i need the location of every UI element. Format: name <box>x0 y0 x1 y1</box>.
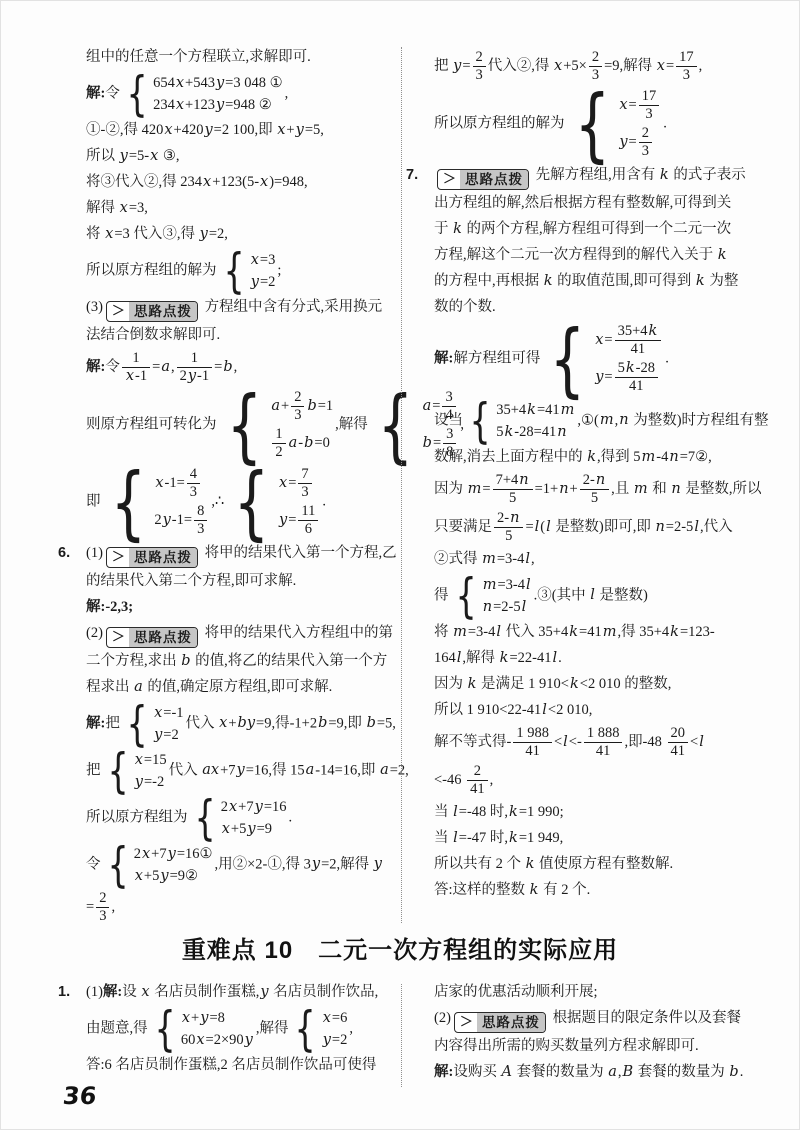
math-variable: y <box>215 75 225 91</box>
math-variable: m <box>452 624 468 640</box>
text-line: 将 x=3 代入③,得 y=2, <box>86 222 406 247</box>
text-line: 方程,解这个二元一次方程得到的解代入关于 k <box>434 243 754 268</box>
math-variable: m <box>641 449 657 465</box>
text-line: =23, <box>86 889 406 926</box>
math-variable: k <box>659 167 670 183</box>
math-variable: x <box>154 475 164 491</box>
equation-system: {2x+7y=16x+5y=9 <box>190 796 287 840</box>
math-variable: a <box>288 435 299 451</box>
hint-badge-label: 思路点拨 <box>460 170 528 189</box>
math-variable: k <box>568 624 579 640</box>
fraction: 23 <box>639 125 652 160</box>
fraction: 35+4k41 <box>615 323 662 358</box>
math-variable: x <box>134 752 144 768</box>
text-line: (2)＞思路点拨 根据题目的限定条件以及套餐 <box>434 1006 754 1033</box>
equation-system: {m=3-4ln=2-5l <box>451 574 532 618</box>
math-variable: a <box>270 398 281 414</box>
arrow-icon: ＞ <box>455 1013 477 1032</box>
math-variable: y <box>259 984 269 1000</box>
equation-row: x+5y=9② <box>134 865 213 887</box>
math-variable: l <box>545 519 552 535</box>
equation-row: a+23b=1 <box>270 388 333 425</box>
math-variable: a <box>133 679 144 695</box>
text-line: 当 l=-48 时,k=1 990; <box>434 800 754 825</box>
column-bottom-left: 1.(1)解:设 x 名店员制作蛋糕,y 名店员制作饮品,由题意,得{x+y=8… <box>86 980 406 1079</box>
math-variable: l <box>495 624 502 640</box>
text-line: 所以原方程组的解为{x=3y=2; <box>86 248 406 294</box>
equation-row: 12a-b=0 <box>270 425 333 462</box>
math-variable: y <box>167 846 177 862</box>
math-variable: a <box>160 359 171 375</box>
math-variable: x <box>153 705 163 721</box>
math-variable: l <box>698 734 705 750</box>
equation-row: x=-1 <box>153 702 183 724</box>
math-variable: k <box>529 882 540 898</box>
math-variable: l <box>541 702 548 718</box>
math-variable: x <box>250 252 260 268</box>
equation-row: 35+4k=41m <box>496 399 575 421</box>
math-variable: m <box>599 412 615 428</box>
text-line: 法结合倒数求解即可. <box>86 323 406 348</box>
math-variable: x <box>125 368 135 384</box>
math-variable: n <box>556 424 567 440</box>
equation-row: x=15 <box>134 749 167 771</box>
fraction: 5k-2841 <box>615 360 658 395</box>
text-line: 当 l=-47 时,k=1 949, <box>434 826 754 851</box>
text-line: ②式得 m=3-4l, <box>434 547 754 572</box>
bold-text: 解: <box>86 715 105 731</box>
math-variable: y <box>594 369 604 385</box>
math-variable: k <box>452 221 463 237</box>
equation-row: x=3 <box>250 249 276 271</box>
math-variable: x <box>140 984 150 1000</box>
math-variable: b <box>728 1064 739 1080</box>
bold-text: 解: <box>434 1064 453 1080</box>
math-variable: x <box>149 148 159 164</box>
math-variable: y <box>134 774 144 790</box>
math-variable: n <box>518 472 529 488</box>
math-variable: b <box>303 435 314 451</box>
equation-row: 60x=2×90y <box>181 1029 254 1051</box>
equation-system: {x=15y=-2 <box>103 749 167 793</box>
fraction: 12 <box>272 426 285 461</box>
math-variable: x <box>119 200 129 216</box>
fraction: 12y-1 <box>177 350 213 385</box>
column-top-left: 组中的任意一个方程联立,求解即可.解:令{654x+543y=3 048 ①23… <box>86 45 406 927</box>
math-variable: b <box>317 715 328 731</box>
text-line: 解得 x=3, <box>86 196 406 221</box>
math-variable: k <box>467 676 478 692</box>
equation-row: y=116 <box>278 502 320 539</box>
text-line: 所以原方程组为{2x+7y=16x+5y=9. <box>86 795 406 841</box>
text-line: 解:设购买 A 套餐的数量为 a,B 套餐的数量为 b. <box>434 1060 754 1085</box>
equation-row: x=73 <box>278 465 320 502</box>
math-variable: B <box>621 1064 634 1080</box>
math-variable: x <box>322 1010 332 1026</box>
equation-system: {35+4k=41m5k-28=41n <box>465 399 575 443</box>
hint-badge: ＞思路点拨 <box>106 547 198 568</box>
math-variable: n <box>618 412 629 428</box>
equation-system: {654x+543y=3 048 ①234x+123y=948 ② <box>122 72 283 116</box>
equation-row: 2x+7y=16① <box>134 843 213 865</box>
text-line: (2)＞思路点拨 将甲的结果代入方程组中的第 <box>86 621 406 648</box>
math-variable: k <box>508 804 519 820</box>
math-variable: a <box>305 762 316 778</box>
math-variable: m <box>467 481 483 497</box>
arrow-icon: ＞ <box>107 628 129 647</box>
equation-row: 654x+543y=3 048 ① <box>153 72 283 94</box>
math-variable: y <box>246 821 256 837</box>
text-line: 于 k 的两个方程,解方程组可得到一个二元一次 <box>434 217 754 242</box>
math-variable: y <box>236 762 246 778</box>
math-variable: y <box>250 274 260 290</box>
math-variable: y <box>452 58 462 74</box>
math-variable: l <box>562 734 569 750</box>
math-variable: n <box>668 449 679 465</box>
fraction: 23 <box>291 389 304 424</box>
text-line: 二个方程,求出 b 的值,将乙的结果代入第一个方 <box>86 649 406 674</box>
bold-text: 解: <box>86 359 105 375</box>
equation-row: 234x+123y=948 ② <box>153 94 283 116</box>
item-number: 1. <box>58 980 70 1005</box>
math-variable: x <box>228 799 238 815</box>
fraction: 43 <box>187 466 200 501</box>
math-variable: k <box>717 247 728 263</box>
text-line: 解不等式得-1 98841<l<-1 88841,即-48 2041<l <box>434 724 754 761</box>
math-variable: k <box>695 273 706 289</box>
fraction: 2-n5 <box>580 472 609 507</box>
math-variable: b <box>180 653 191 669</box>
bold-text: 解: <box>103 984 122 1000</box>
math-variable: k <box>525 856 536 872</box>
hint-badge-label: 思路点拨 <box>129 548 197 567</box>
equation-row: n=2-5l <box>482 596 532 618</box>
text-line: 答:6 名店员制作蛋糕,2 名店员制作饮品可使得 <box>86 1053 406 1078</box>
text-line: 解:令{654x+543y=3 048 ①234x+123y=948 ②, <box>86 71 406 117</box>
text-line: 即{x-1=432y-1=83,∴{x=73y=116. <box>86 464 406 540</box>
math-variable: k <box>569 676 580 692</box>
hint-badge: ＞思路点拨 <box>454 1012 546 1033</box>
math-variable: n <box>595 472 606 488</box>
text-line: 店家的优惠活动顺利开展; <box>434 980 754 1005</box>
equation-row: x=35+4k41 <box>594 322 663 359</box>
fraction: 2041 <box>668 725 689 760</box>
section-heading: 重难点 10 二元一次方程组的实际应用 <box>1 930 799 965</box>
math-variable: n <box>482 599 493 615</box>
arrow-icon: ＞ <box>107 302 129 321</box>
text-line: 的方程中,再根据 k 的取值范围,即可得到 k 为整 <box>434 269 754 294</box>
text-line: 内容得出所需的购买数量列方程求解即可. <box>434 1034 754 1059</box>
math-variable: y <box>153 727 163 743</box>
equation-system: {x=-1y=2 <box>122 702 184 746</box>
math-variable: a <box>422 398 433 414</box>
text-line: 所以 y=5-x ③, <box>86 144 406 169</box>
math-variable: x <box>175 97 185 113</box>
math-variable: x <box>221 821 231 837</box>
hint-badge-label: 思路点拨 <box>129 302 197 321</box>
math-variable: b <box>306 398 317 414</box>
math-variable: k <box>648 323 659 339</box>
equation-row: m=3-4l <box>482 574 532 596</box>
equation-row: y=2 <box>250 271 276 293</box>
text-line: 7.＞思路点拨 先解方程组,用含有 k 的式子表示 <box>434 163 754 190</box>
math-variable: n <box>558 481 569 497</box>
math-variable: l <box>693 519 700 535</box>
math-variable: x <box>618 97 628 113</box>
equation-row: y=23 <box>618 124 661 161</box>
math-variable: k <box>526 402 537 418</box>
fraction: 83 <box>194 503 207 538</box>
math-variable: y <box>244 1032 254 1048</box>
math-variable: y <box>618 134 628 150</box>
arrow-icon: ＞ <box>107 548 129 567</box>
equation-system: {x=173y=23 <box>567 87 662 161</box>
text-line: (3)＞思路点拨 方程组中含有分式,采用换元 <box>86 295 406 322</box>
math-variable: x <box>594 332 604 348</box>
math-variable: k <box>625 360 636 376</box>
text-line: 的结果代入第二个方程,即可求解. <box>86 569 406 594</box>
column-top-right: 把 y=23代入②,得 x+5×23=9,解得 x=173,所以原方程组的解为{… <box>434 48 754 904</box>
math-variable: l <box>525 577 532 593</box>
equation-system: {x-1=432y-1=83 <box>103 465 210 539</box>
math-variable: by <box>237 715 256 731</box>
fraction: 173 <box>676 49 697 84</box>
math-variable: b <box>222 359 233 375</box>
fraction: 73 <box>298 466 311 501</box>
bold-text: 解:-2,3; <box>86 599 133 615</box>
bold-text: 解: <box>86 85 105 101</box>
text-line: 因为 m=7+4n5=1+n+2-n5,且 m 和 n 是整数,所以 <box>434 471 754 508</box>
page-number: 36 <box>62 1082 98 1110</box>
equation-row: 2y-1=83 <box>154 502 209 539</box>
math-variable: x <box>134 868 144 884</box>
equation-row: x+y=8 <box>181 1007 254 1029</box>
math-variable: x <box>163 122 173 138</box>
text-line: 只要满足2-n5=l(l 是整数)即可,即 n=2-5l,代入 <box>434 509 754 546</box>
equation-system: {x=73y=116 <box>226 465 320 539</box>
math-variable: y <box>162 512 172 528</box>
math-variable: y <box>295 122 305 138</box>
text-line: 解:把{x=-1y=2代入 x+by=9,得-1+2b=9,即 b=5, <box>86 701 406 747</box>
math-variable: l <box>521 599 528 615</box>
fraction: 23 <box>96 890 109 925</box>
math-variable: y <box>278 512 288 528</box>
math-variable: a <box>379 762 390 778</box>
hint-badge-label: 思路点拨 <box>477 1013 545 1032</box>
math-variable: y <box>373 856 383 872</box>
fraction: 2-n5 <box>494 510 523 545</box>
text-line: 将③代入②,得 234x+123(5-x)=948, <box>86 170 406 195</box>
equation-row: 2x+7y=16 <box>221 796 287 818</box>
math-variable: A <box>500 1064 512 1080</box>
math-variable: l <box>452 830 459 846</box>
fraction: 1x-1 <box>122 350 150 385</box>
fraction: 1 98841 <box>513 725 552 760</box>
column-divider-bottom <box>401 984 402 1087</box>
text-line: 1.(1)解:设 x 名店员制作蛋糕,y 名店员制作饮品, <box>86 980 406 1005</box>
item-number: 7. <box>406 163 418 188</box>
math-variable: x <box>202 174 212 190</box>
math-variable: n <box>509 510 520 526</box>
hint-badge: ＞思路点拨 <box>437 169 529 190</box>
text-line: 将 m=3-4l 代入 35+4k=41m,得 35+4k=123- <box>434 620 754 645</box>
bold-text: 解: <box>434 350 453 366</box>
fraction: 173 <box>639 88 660 123</box>
equation-row: x+5y=9 <box>221 818 287 840</box>
math-variable: n <box>670 481 681 497</box>
math-variable: y <box>311 856 321 872</box>
text-line: 出方程组的解,然后根据方程有整数解,可得到关 <box>434 191 754 216</box>
equation-system: {x=3y=2 <box>219 249 276 293</box>
text-line: 解:-2,3; <box>86 595 406 620</box>
math-variable: y <box>199 226 209 242</box>
textbook-page: 组中的任意一个方程联立,求解即可.解:令{654x+543y=3 048 ①23… <box>0 0 800 1130</box>
math-variable: m <box>602 624 618 640</box>
text-line: 解:解方程组可得{x=35+4k41y=5k-2841. <box>434 321 754 397</box>
math-variable: x <box>259 174 269 190</box>
math-variable: b <box>422 435 433 451</box>
fraction: 241 <box>467 763 488 798</box>
column-bottom-right: 店家的优惠活动顺利开展;(2)＞思路点拨 根据题目的限定条件以及套餐内容得出所需… <box>434 980 754 1086</box>
text-line: 数解,消去上面方程中的 k,得到 5m-4n=7②, <box>434 445 754 470</box>
equation-system: {x=35+4k41y=5k-2841 <box>542 322 663 396</box>
math-variable: y <box>159 868 169 884</box>
math-variable: x <box>553 58 563 74</box>
math-variable: l <box>456 650 463 666</box>
hint-badge: ＞思路点拨 <box>106 301 198 322</box>
math-variable: y <box>199 1010 209 1026</box>
equation-row: x=6 <box>322 1007 348 1029</box>
math-variable: l <box>589 587 596 603</box>
math-variable: x <box>104 226 114 242</box>
math-variable: k <box>543 273 554 289</box>
text-line: 164l,解得 k=22-41l. <box>434 646 754 671</box>
math-variable: y <box>203 122 213 138</box>
math-variable: x <box>141 846 151 862</box>
text-line: 答:这样的整数 k 有 2 个. <box>434 878 754 903</box>
math-variable: m <box>482 577 498 593</box>
math-variable: a <box>607 1064 618 1080</box>
hint-badge: ＞思路点拨 <box>106 627 198 648</box>
math-variable: y <box>254 799 264 815</box>
math-variable: l <box>551 650 558 666</box>
text-line: 所以 1 910<22-41l<2 010, <box>434 698 754 723</box>
math-variable: ax <box>201 762 220 778</box>
hint-badge-label: 思路点拨 <box>129 628 197 647</box>
math-variable: k <box>669 624 680 640</box>
text-line: 得{m=3-4ln=2-5l.③(其中 l 是整数) <box>434 573 754 619</box>
math-variable: m <box>560 402 576 418</box>
math-variable: m <box>481 551 497 567</box>
fraction: 1 88841 <box>584 725 623 760</box>
math-variable: l <box>534 519 541 535</box>
math-variable: x <box>276 122 286 138</box>
math-variable: y <box>215 97 225 113</box>
equation-row: y=5k-2841 <box>594 359 663 396</box>
text-line: 因为 k 是满足 1 910<k<2 010 的整数, <box>434 672 754 697</box>
text-line: ①-②,得 420x+420y=2 100,即 x+y=5, <box>86 118 406 143</box>
text-line: 令{2x+7y=16①x+5y=9②,用②×2-①,得 3y=2,解得 y <box>86 842 406 888</box>
equation-system: {x=6y=2 <box>290 1007 347 1051</box>
fraction: 23 <box>473 49 486 84</box>
equation-row: x=173 <box>618 87 661 124</box>
fraction: 116 <box>298 503 318 538</box>
arrow-icon: ＞ <box>438 170 460 189</box>
text-line: 所以原方程组的解为{x=173y=23. <box>434 86 754 162</box>
math-variable: l <box>524 551 531 567</box>
equation-row: 5k-28=41n <box>496 421 575 443</box>
math-variable: x <box>195 1032 205 1048</box>
math-variable: m <box>633 481 649 497</box>
math-variable: x <box>656 58 666 74</box>
equation-row: y=-2 <box>134 771 167 793</box>
fraction: 7+4n5 <box>493 472 533 507</box>
text-line: 数的个数. <box>434 295 754 320</box>
math-variable: k <box>503 424 514 440</box>
math-variable: b <box>366 715 377 731</box>
equation-row: y=2 <box>322 1029 348 1051</box>
text-line: 所以共有 2 个 k 值使原方程有整数解. <box>434 852 754 877</box>
math-variable: k <box>508 830 519 846</box>
math-variable: y <box>187 368 197 384</box>
text-line: 由题意,得{x+y=860x=2×90y,解得{x=6y=2, <box>86 1006 406 1052</box>
math-variable: x <box>175 75 185 91</box>
math-variable: x <box>181 1010 191 1026</box>
math-variable: x <box>278 475 288 491</box>
math-variable: k <box>586 449 597 465</box>
equation-system: {x+y=860x=2×90y <box>150 1007 254 1051</box>
math-variable: x <box>218 715 228 731</box>
math-variable: n <box>654 519 665 535</box>
column-divider-top <box>401 47 402 923</box>
equation-system: {a+23b=112a-b=0 <box>219 388 334 462</box>
math-variable: l <box>452 804 459 820</box>
text-line: 设当{35+4k=41m5k-28=41n,①(m,n 为整数)时方程组有整 <box>434 398 754 444</box>
equation-system: {2x+7y=16①x+5y=9② <box>103 843 213 887</box>
equation-row: y=2 <box>153 724 183 746</box>
item-number: 6. <box>58 541 70 566</box>
text-line: 把{x=15y=-2代入 ax+7y=16,得 15a-14=16,即 a=2, <box>86 748 406 794</box>
text-line: 6.(1)＞思路点拨 将甲的结果代入第一个方程,乙 <box>86 541 406 568</box>
math-variable: y <box>322 1032 332 1048</box>
text-line: <-46 241, <box>434 762 754 799</box>
math-variable: k <box>499 650 510 666</box>
equation-row: x-1=43 <box>154 465 209 502</box>
text-line: 则原方程组可转化为{a+23b=112a-b=0,解得{a=34b=38, <box>86 387 406 463</box>
math-variable: y <box>119 148 129 164</box>
